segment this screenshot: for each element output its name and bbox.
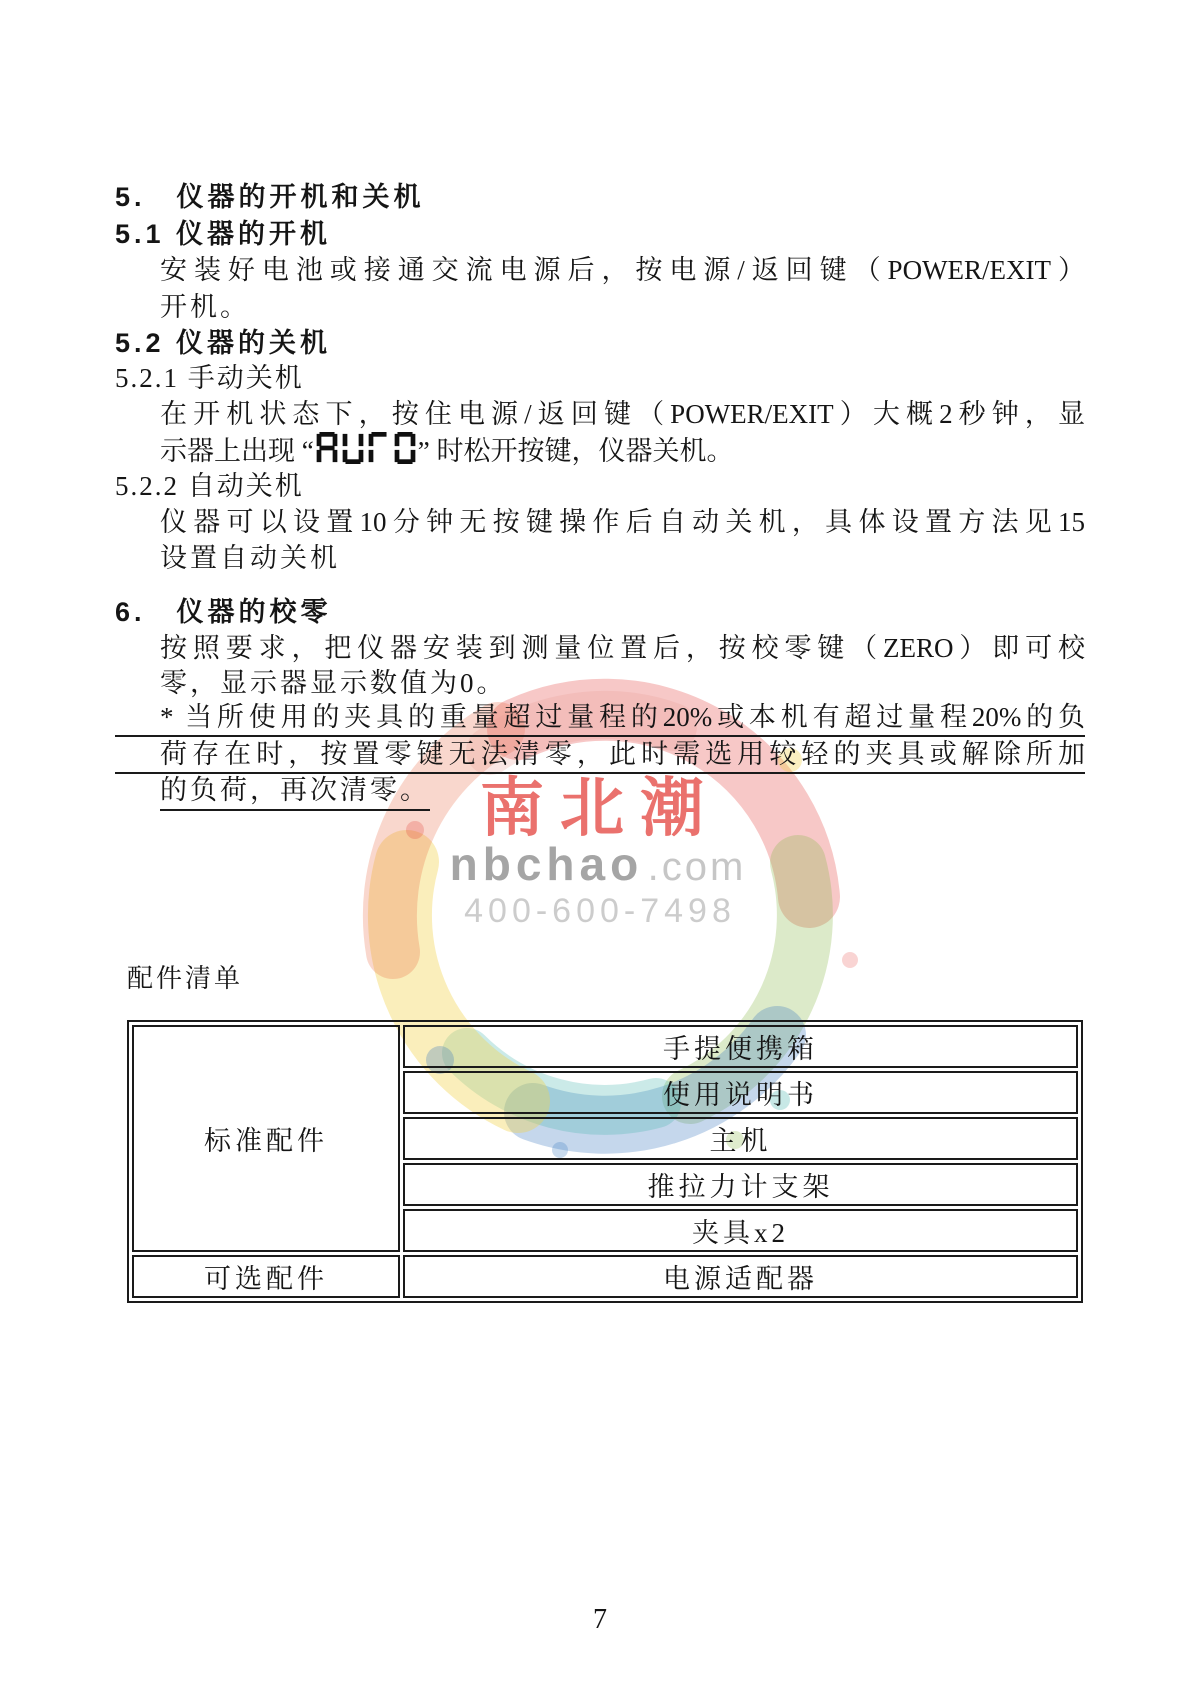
paragraph-5-2-2-line-1: 仪器可以设置10分钟无按键操作后自动关机，具体设置方法见15 [115,504,1085,540]
lcd-line-suffix: ” 时松开按键，仪器关机。 [418,436,734,466]
accessory-item-cell: 手提便携箱 [403,1025,1078,1068]
section-5-heading: 5. 仪器的开机和关机 [115,178,1085,216]
accessory-item-cell: 夹具x2 [403,1209,1078,1252]
accessory-item-cell: 使用说明书 [403,1071,1078,1114]
watermark-domain-suffix: .com [648,845,747,889]
paragraph-6-line-2: 零，显示器显示数值为0。 [115,666,1085,700]
accessory-item-cell: 推拉力计支架 [403,1163,1078,1206]
note-underlined-line-3-text: 的负荷，再次清零。 [160,774,430,811]
section-5-2-2-heading: 5.2.2 自动关机 [115,468,1085,504]
paragraph-5-2-1-line-1: 在开机状态下，按住电源/返回键（POWER/EXIT）大概2秒钟，显 [115,396,1085,432]
accessories-title: 配件清单 [127,958,243,995]
watermark-domain-name: nbchao [450,838,644,890]
page-number: 7 [0,1604,1200,1636]
accessories-table: 标准配件 手提便携箱 使用说明书 主机 推拉力计支架 夹具x2 可选配件 电源适… [127,1020,1083,1303]
section-5-2-heading: 5.2 仪器的关机 [115,326,1085,360]
accessory-item-cell: 电源适配器 [403,1255,1078,1298]
standard-accessories-cell: 标准配件 [132,1025,400,1252]
section-6-heading: 6. 仪器的校零 [115,594,1085,630]
paragraph-5-1-line-2: 开机。 [115,288,1085,326]
note-underlined-line-3: 的负荷，再次清零。 [115,774,1085,811]
lcd-line-prefix: 示器上出现 “ [160,436,314,466]
section-5-1-heading: 5.1 仪器的开机 [115,216,1085,252]
accessory-item-cell: 主机 [403,1117,1078,1160]
optional-accessories-cell: 可选配件 [132,1255,400,1298]
document-body: 5. 仪器的开机和关机 5.1 仪器的开机 安装好电池或接通交流电源后，按电源/… [115,178,1085,811]
table-row: 可选配件 电源适配器 [132,1255,1078,1298]
paragraph-5-2-1-line-2: 示器上出现 “” 时松开按键，仪器关机。 [115,432,1085,468]
section-spacer [115,576,1085,594]
paragraph-5-1-line-1: 安装好电池或接通交流电源后，按电源/返回键（POWER/EXIT） [115,252,1085,288]
table-row: 标准配件 手提便携箱 [132,1025,1078,1068]
manual-page: 南北潮 nbchao .com 400-600-7498 5. 仪器的开机和关机… [0,0,1200,1696]
paragraph-6-line-1: 按照要求，把仪器安装到测量位置后，按校零键（ZERO）即可校 [115,630,1085,666]
section-5-2-1-heading: 5.2.1 手动关机 [115,360,1085,396]
watermark-domain-text: nbchao .com [450,838,747,890]
watermark-phone-text: 400-600-7498 [464,892,736,930]
note-underlined-line-2: 荷存在时，按置零键无法清零，此时需选用较轻的夹具或解除所加 [115,737,1085,774]
paragraph-5-2-2-line-2: 设置自动关机 [115,540,1085,576]
lcd-auto-display [314,436,418,466]
note-underlined-line-1: * 当所使用的夹具的重量超过量程的20%或本机有超过量程20%的负 [115,700,1085,737]
